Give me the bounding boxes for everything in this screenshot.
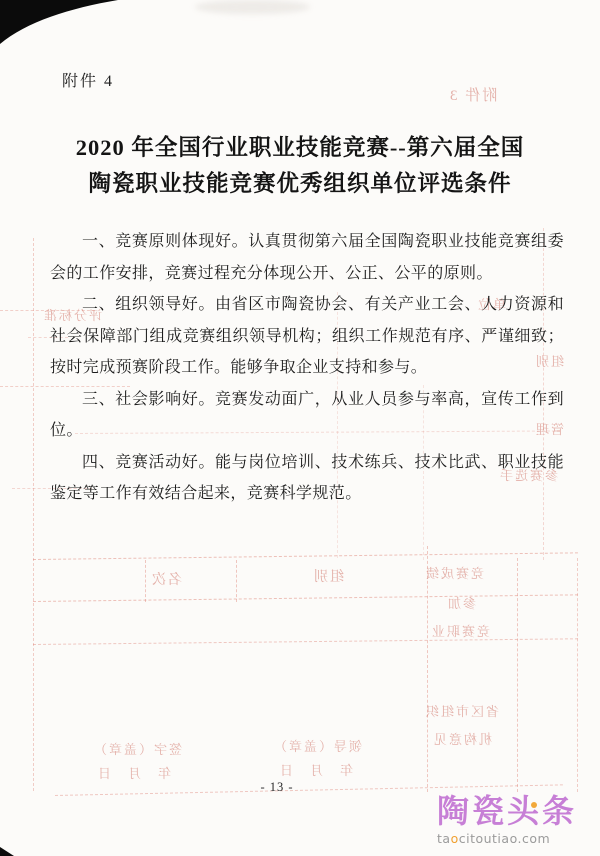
watermark-domain-prefix: ta [437,831,451,846]
watermark-dot-icon [531,802,537,808]
paragraph-2: 二、组织领导好。由省区市陶瓷协会、有关产业工会、人力资源和社会保障部门组成竞赛组… [50,289,564,384]
watermark-domain: taocitoutiao.com [437,831,597,846]
document-title: 2020 年全国行业职业技能竞赛--第六届全国 陶瓷职业技能竞赛优秀组织单位评选… [40,130,560,202]
watermark: 陶瓷头条 taocitoutiao.com [437,794,597,846]
bleed-line [33,594,578,602]
watermark-logo-text: 陶瓷头条 [437,794,597,828]
bleedthrough-text: 参加 [446,593,476,612]
bleed-line [517,558,518,792]
document-title-line1: 2020 年全国行业职业技能竞赛--第六届全国 [40,130,560,166]
document-body: 一、竞赛原则体现好。认真贯彻第六届全国陶瓷职业技能竞赛组委会的工作安排，竞赛过程… [50,226,564,510]
page-number: - 13 - [232,780,322,795]
bleed-line [427,546,428,792]
scanned-document-page: 附件 3单位组别管理参赛选手评分标准名次组别竞赛成绩参加竞赛职业省区市组织机构意… [0,0,600,856]
bleedthrough-text: 组别 [312,566,344,586]
bleedthrough-text: 附件 3 [448,84,497,105]
bleedthrough-text: 领导（盖章） [272,736,362,755]
bleedthrough-text: 竞赛成绩 [424,563,484,582]
paragraph-3: 三、社会影响好。竞赛发动面广，从业人员参与率高，宣传工作到位。 [50,384,564,447]
bleed-line [577,558,578,792]
attachment-label: 附件 4 [62,68,114,91]
scan-corner-shadow [0,0,130,50]
bleedthrough-text: 名次 [150,569,182,589]
scan-corner-speck [0,847,14,856]
bleedthrough-text: 年 月 日 [96,763,171,782]
paragraph-4: 四、竞赛活动好。能与岗位培训、技术练兵、技术比武、职业技能鉴定等工作有效结合起来… [50,447,564,510]
bleedthrough-text: 省区市组织 [424,701,499,720]
paragraph-1: 一、竞赛原则体现好。认真贯彻第六届全国陶瓷职业技能竞赛组委会的工作安排，竞赛过程… [50,226,564,289]
bleedthrough-text: 年 月 日 [278,760,353,779]
watermark-domain-o: o [451,831,459,846]
bleed-line [33,552,578,560]
watermark-domain-suffix: citoutiao.com [459,831,550,846]
bleedthrough-text: 竞赛职业 [430,621,490,640]
bleedthrough-text: 签字（盖章） [92,739,182,758]
bleed-line [145,560,146,602]
bleedthrough-text: 机构意见 [432,729,492,748]
document-title-line2: 陶瓷职业技能竞赛优秀组织单位评选条件 [40,166,560,202]
scan-smudge [195,0,310,14]
bleed-line [33,638,578,645]
bleed-line [33,238,34,791]
bleed-line [236,560,237,602]
